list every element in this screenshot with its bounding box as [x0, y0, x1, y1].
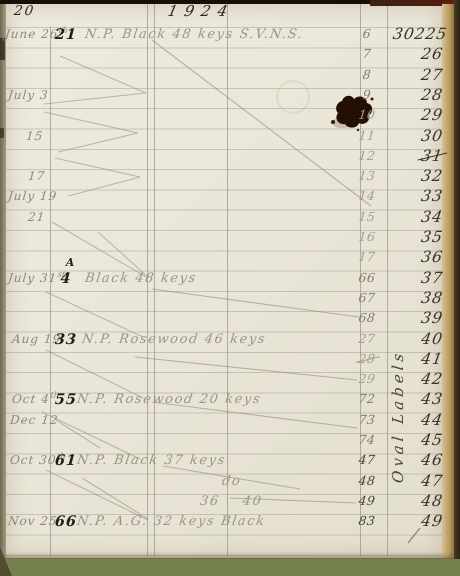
entry-number-annotation: A: [62, 256, 78, 269]
entry-description: N.P. A.G. 32 keys Black: [76, 514, 267, 529]
entry-date: 21: [27, 210, 46, 224]
entry-description: do: [221, 474, 242, 489]
ledger-entries: June 26th21N.P. Black 48 keys S.V.N.S.Ju…: [0, 0, 460, 576]
entry-date: 17: [27, 169, 46, 183]
entry-date: Nov 25: [7, 514, 58, 528]
entry-number: 4: [52, 270, 79, 287]
entry-date: Dec 12: [9, 413, 59, 427]
entry-description: N.P. Rosewood 20 keys: [76, 392, 262, 407]
entry-description: 36 40: [199, 494, 264, 509]
entry-number: 33: [52, 331, 79, 348]
scanned-ledger-page: 20 1924 63022572682792810291130123113321…: [0, 0, 460, 576]
entry-number: 21: [52, 26, 79, 43]
entry-description: N.P. Black 48 keys S.V.N.S.: [84, 27, 305, 42]
entry-description: N.P. Black 37 keys: [76, 453, 227, 468]
entry-date: 15: [25, 129, 44, 143]
entry-description: Black 48 keys: [84, 271, 198, 286]
entry-date: July 3: [7, 88, 49, 102]
entry-description: N.P. Rosewood 46 keys: [81, 332, 267, 347]
entry-date: July 19: [7, 189, 58, 203]
